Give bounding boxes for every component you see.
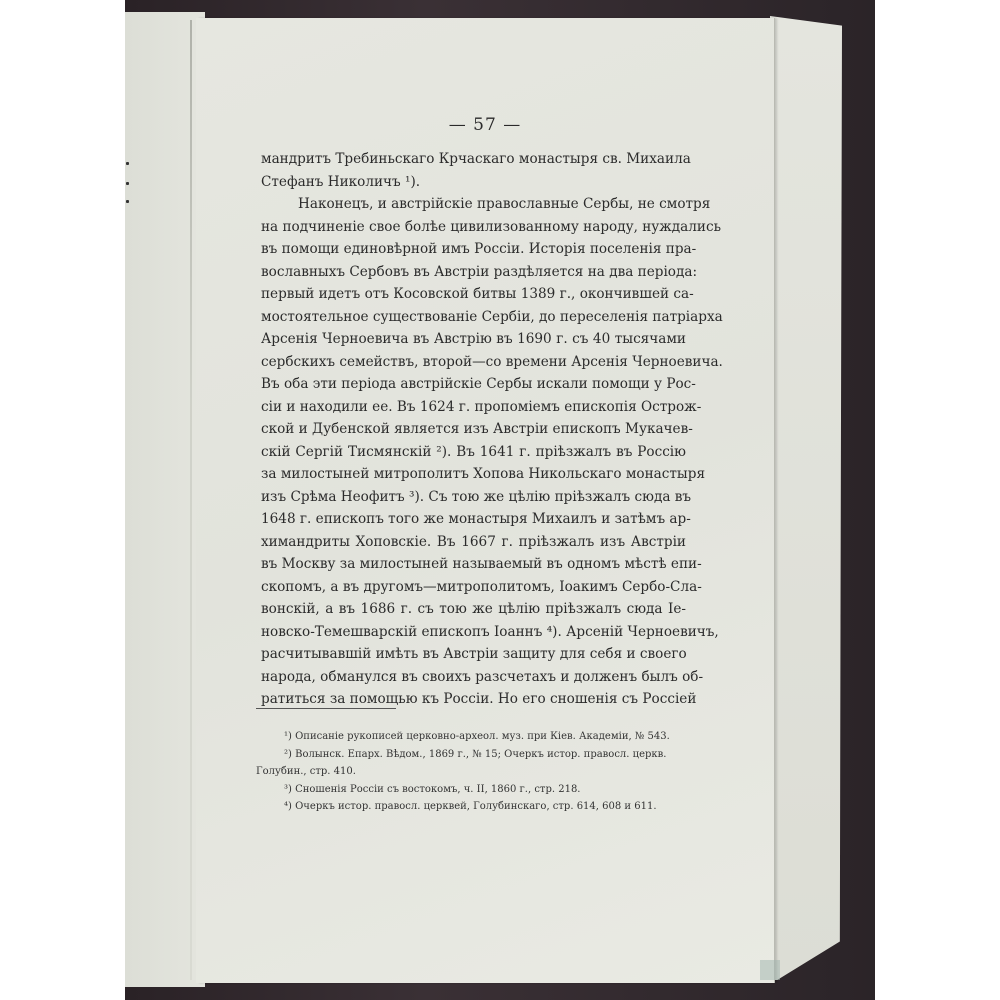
text-line: расчитывавшій имѣть въ Австріи защиту дл… [261, 643, 686, 666]
left-page-edge [125, 12, 205, 987]
body-text: мандритъ Требиньскаго Крчаскаго монастыр… [261, 148, 686, 711]
page-fold-crease [190, 20, 192, 980]
ink-mark [126, 182, 129, 185]
footnote-2-continued: Голубин., стр. 410. [256, 763, 696, 781]
document-page: — 57 — мандритъ Требиньскаго Крчаскаго м… [196, 18, 774, 983]
text-line: на подчиненіе свое болѣе цивилизованному… [261, 216, 686, 239]
text-line: народа, обманулся въ своихъ разсчетахъ и… [261, 666, 686, 689]
footnotes: ¹) Описаніе рукописей церковно-археол. м… [256, 728, 696, 816]
text-line: изъ Срѣма Неофитъ ³). Съ тою же цѣлію пр… [261, 486, 686, 509]
text-line: скій Сергій Тисмянскій ²). Въ 1641 г. пр… [261, 441, 686, 464]
text-line: вославныхъ Сербовъ въ Австріи раздѣляетс… [261, 261, 686, 284]
text-line: ской и Дубенской является изъ Австріи еп… [261, 418, 686, 441]
text-line: въ помощи единовѣрной имъ Россіи. Исторі… [261, 238, 686, 261]
text-line: вонскій, а въ 1686 г. съ тою же цѣлію пр… [261, 598, 686, 621]
text-line: 1648 г. епископъ того же монастыря Михаи… [261, 508, 686, 531]
text-line: новско-Темешварскій епископъ Іоаннъ ⁴). … [261, 621, 686, 644]
footnote-3: ³) Сношенія Россіи съ востокомъ, ч. II, … [256, 781, 696, 799]
text-line: мандритъ Требиньскаго Крчаскаго монастыр… [261, 148, 686, 171]
text-line: скопомъ, а въ другомъ—митрополитомъ, Іоа… [261, 576, 686, 599]
footnote-4: ⁴) Очеркъ истор. правосл. церквей, Голуб… [256, 798, 696, 816]
text-line: Стефанъ Николичъ ¹). [261, 171, 686, 194]
ink-mark [126, 162, 129, 165]
text-line: въ Москву за милостыней называемый въ од… [261, 553, 686, 576]
text-line: первый идетъ отъ Косовской битвы 1389 г.… [261, 283, 686, 306]
text-line: Въ оба эти періода австрійскіе Сербы иск… [261, 373, 686, 396]
page-edge-tint [760, 960, 780, 980]
text-line: за милостыней митрополитъ Хопова Никольс… [261, 463, 686, 486]
footnote-2: ²) Волынск. Епарх. Вѣдом., 1869 г., № 15… [256, 746, 696, 764]
footnote-1: ¹) Описаніе рукописей церковно-археол. м… [256, 728, 696, 746]
text-line: сіи и находили ее. Въ 1624 г. пропоміемъ… [261, 396, 686, 419]
text-line: Наконецъ, и австрійскіе православные Сер… [261, 193, 686, 216]
footnote-divider [256, 708, 396, 709]
ink-mark [126, 200, 129, 203]
underlying-sheet [770, 16, 842, 980]
text-line: Арсенія Черноевича въ Австрію въ 1690 г.… [261, 328, 686, 351]
page-number: — 57 — [196, 115, 774, 135]
text-line: химандриты Хоповскіе. Въ 1667 г. пріѣзжа… [261, 531, 686, 554]
text-line: сербскихъ семействъ, второй—со времени А… [261, 351, 686, 374]
text-line: мостоятельное существованіе Сербіи, до п… [261, 306, 686, 329]
